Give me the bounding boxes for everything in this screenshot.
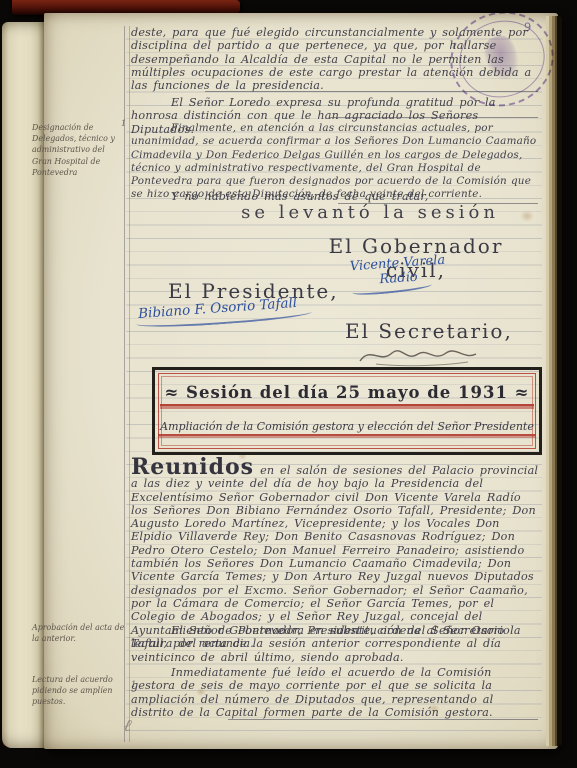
secretario-title: El Secretario,	[345, 319, 513, 343]
secretario-signature-scribble	[356, 342, 480, 368]
paragraph-acuerdo-ampliacion: Inmediatamente fué leído el acuerdo de l…	[131, 666, 539, 719]
session-subtitle: Ampliación de la Comisión gestora y elec…	[155, 420, 539, 433]
paragraph-lectura-acta: El Señor Gobernador, Presidente, ordena …	[131, 624, 539, 664]
adjourn-line: se levantó la sesión	[220, 202, 520, 223]
session-title-text: ≈ Sesión del día 25 mayo de 1931 ≈	[160, 383, 533, 404]
margin-tick: 1	[121, 119, 126, 128]
pen-fill-rule	[205, 91, 538, 92]
paragraph-continuation: deste, para que fué elegido circunstanci…	[131, 26, 539, 92]
paragraph-reunidos: Reunidosen el salón de sesiones del Pala…	[131, 461, 539, 650]
margin-note-aprobacion-acta: Aprobación del acta de la anterior.	[32, 622, 126, 644]
page-stack-right-edge	[546, 16, 562, 746]
scanned-minutes-page: 9 Designación de Delegados, técnico y ad…	[0, 0, 577, 768]
reunidos-body: en el salón de sesiones del Palacio prov…	[131, 464, 538, 650]
pen-fill-rule	[330, 117, 538, 118]
pen-fill-rule	[228, 719, 538, 720]
session-title-box: ≈ Sesión del día 25 mayo de 1931 ≈ Ampli…	[152, 367, 542, 455]
session-subtitle-text: Ampliación de la Comisión gestora y elec…	[158, 420, 536, 434]
margin-note-lectura-acuerdo: Lectura del acuerdo pidiendo se amplíen …	[32, 674, 126, 708]
reunidos-initial-word: Reunidos	[131, 454, 254, 480]
margin-note-delegados: Designación de Delegados, técnico y admi…	[32, 122, 126, 178]
session-title: ≈ Sesión del día 25 mayo de 1931 ≈	[155, 383, 539, 402]
